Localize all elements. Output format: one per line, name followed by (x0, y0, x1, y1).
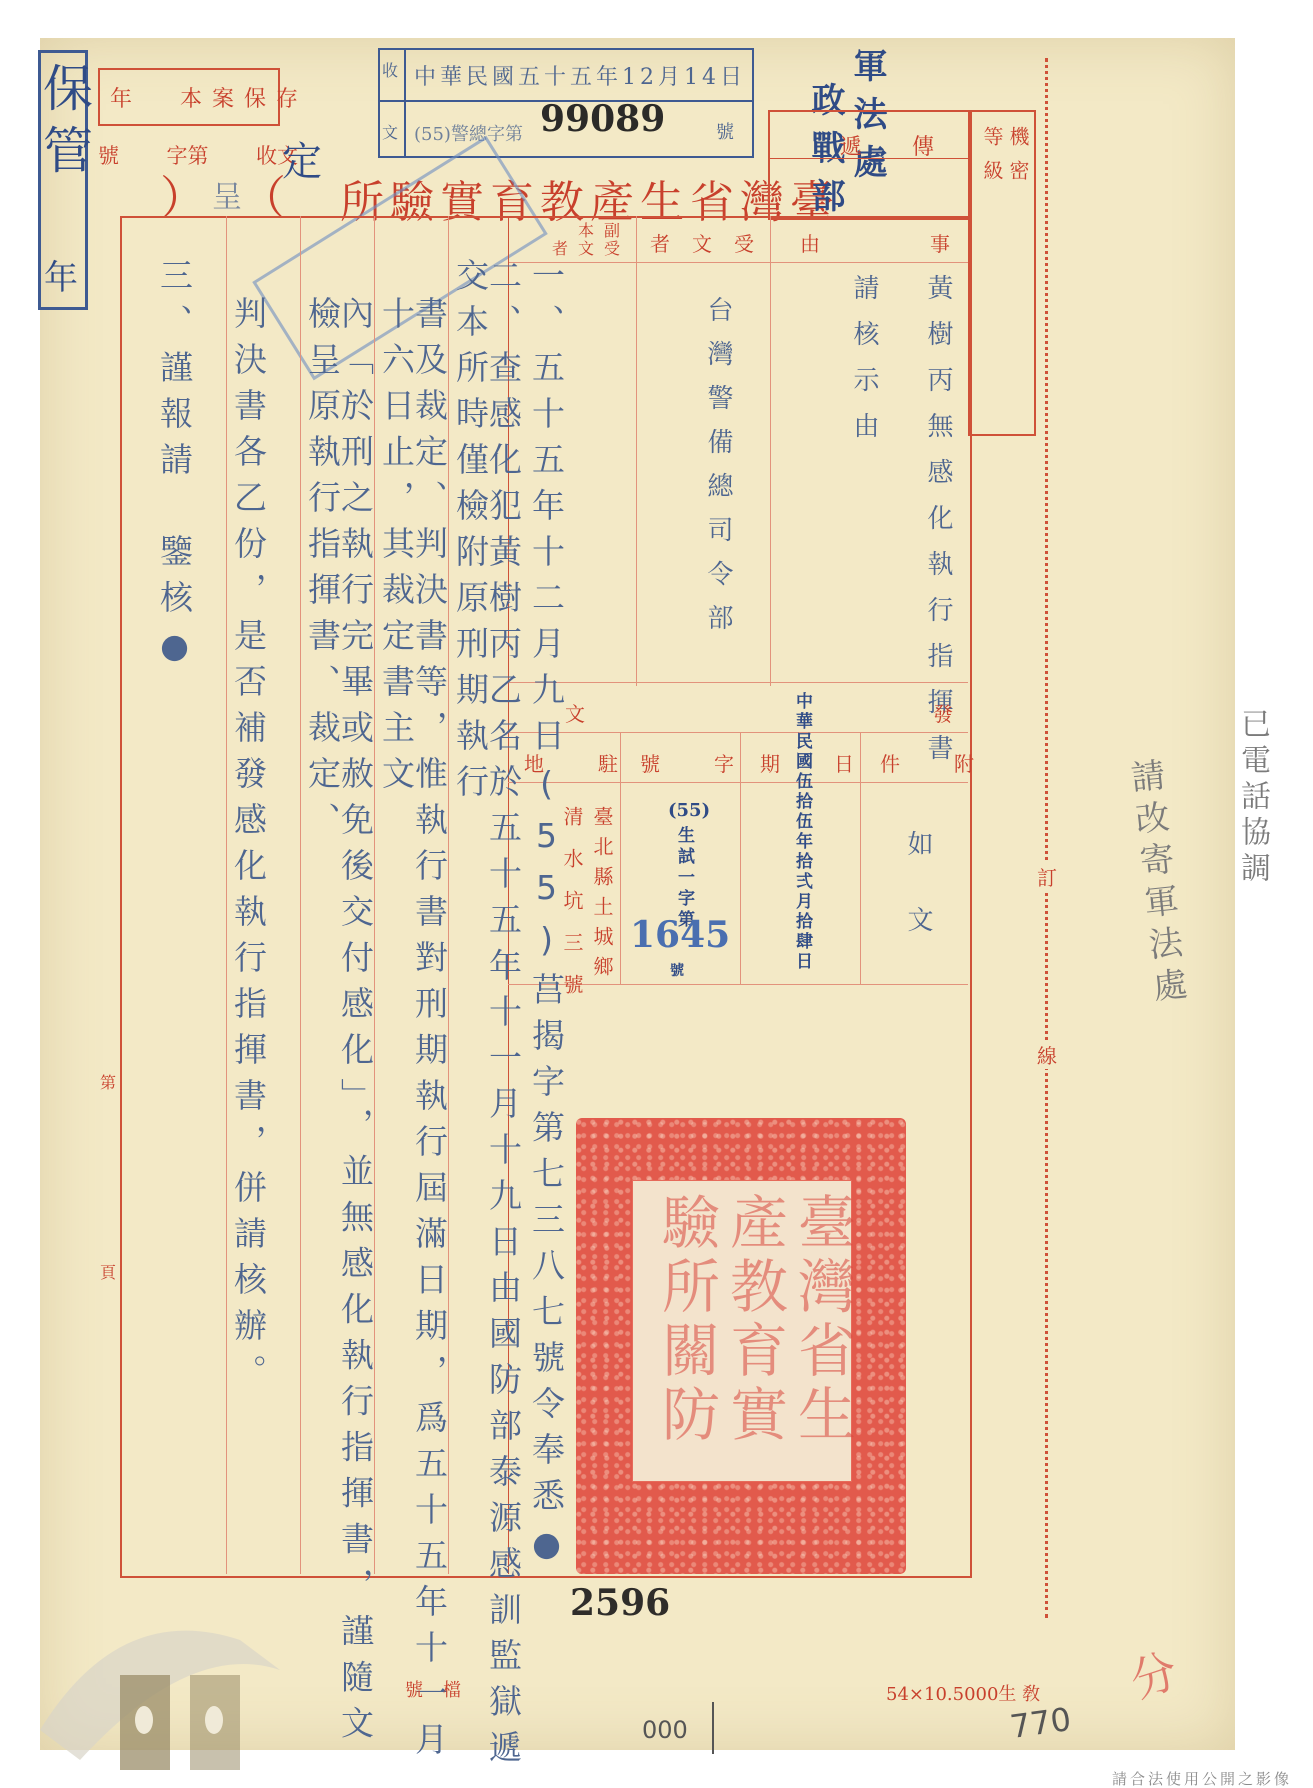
stamp-ding: 定 (282, 130, 322, 187)
cc-label: 副本 受文者 (530, 222, 630, 258)
file-number-stamp: 2596 (570, 1582, 670, 1624)
attachment-label: 附件 (880, 748, 1028, 777)
dispatch-label-right: 發 (933, 698, 953, 727)
binding-label-top: 訂 (1037, 862, 1057, 891)
date-value: 中華民國伍拾伍年拾弍月拾肆日 (790, 692, 815, 972)
body-rule (300, 216, 301, 1574)
subject-label-char: 由 (800, 228, 820, 257)
number-value-top: (55) (668, 800, 710, 821)
recipient-label: 受文者 (650, 228, 776, 257)
page-label-top: 第 (100, 1070, 116, 1093)
form-header-divider (508, 262, 968, 263)
pencil-stroke (712, 1702, 714, 1754)
handwritten-number-1: 000 (642, 1716, 688, 1744)
seal-column: 驗所關防 (644, 1192, 728, 1448)
body-rule (226, 216, 227, 1574)
dispatch-divider-mid (508, 732, 968, 733)
form-col-divider (636, 216, 637, 686)
recipient-value: 台灣警備總司令部 (700, 296, 737, 648)
doc-type: 呈 (212, 172, 242, 216)
transmit-label: 傳遞 (840, 130, 984, 161)
subject-label-char: 事 (930, 228, 950, 257)
print-spec: 54×10.5000生 敎 (886, 1680, 1040, 1706)
subject-label: 由事 (800, 228, 950, 257)
cc-label-top: 副本 (530, 222, 630, 240)
library-watermark-icon (40, 1580, 300, 1780)
secrecy-label-2: 等級 (978, 126, 1007, 194)
attachment-value: 如文 (900, 830, 937, 982)
number-value: 1645 (630, 914, 730, 956)
stamp-number: 99089 (540, 98, 665, 140)
stamp-side-bottom: 文 (382, 120, 398, 143)
cc-label-bottom: 受文者 (530, 240, 630, 258)
stamp-side-top: 收 (382, 58, 398, 81)
stamp-number-prefix: (55)警總字第 (414, 120, 523, 146)
preservation-label: 本案保存 (180, 82, 308, 113)
page-label-bottom: 頁 (100, 1260, 116, 1283)
handwritten-note-1: 已電話協調 (1230, 708, 1274, 888)
form-col-divider (770, 216, 771, 686)
dispatch-divider-top (508, 682, 968, 683)
body-paragraph-2-line-2: 書及裁定、判決書等，惟執行書對刑期執行屆滿日期，爲五十五年十一月十六日止，其裁定… (380, 296, 446, 1788)
body-paragraph-2-line-1: 二、查感化犯黃樹丙乙名於五十五年十一月十九日由國防部泰源感訓監獄遞交本所時僅檢附… (454, 258, 520, 1788)
binding-label-bottom: 線 (1037, 1040, 1057, 1069)
dispatch-divider-bottom (508, 782, 968, 783)
subject-action: 請核示由 (846, 274, 883, 458)
receipt-label-part: 號 (98, 140, 119, 170)
usage-notice: 請合法使用公開之影像 (1112, 1768, 1292, 1788)
body-paragraph-2-line-3: 內「於刑之執行完畢或赦免後交付感化」，並無感化執行指揮書，謹隨文檢呈原執行指揮書… (306, 296, 372, 1788)
file-number-label: 檔號 (405, 1676, 481, 1702)
body-paragraph-1: 一、五十五年十二月九日(55)莒揭字第七三八七號令奉悉● (530, 258, 563, 1576)
number-value-suffix: 號 (670, 960, 684, 980)
dispatch-label-left: 文 (565, 698, 585, 727)
stamp-date: 中華民國五十五年12月14日 (414, 60, 746, 91)
binding-line (1045, 58, 1048, 1618)
location-value-1: 臺北縣土城鄉 (588, 806, 617, 986)
secrecy-label-1: 機密 (1004, 126, 1033, 194)
stamp-divider (404, 48, 406, 156)
body-paragraph-2-line-4: 判決書各乙份，是否補發感化執行指揮書，併請核辦。 (232, 296, 265, 1400)
transmit-box (768, 110, 972, 220)
archive-tab-label: 保管 (40, 62, 88, 186)
preservation-year-label: 年 (110, 82, 132, 113)
archive-tab-year: 年 (44, 250, 78, 299)
stamp-number-suffix: 號 (716, 118, 734, 144)
body-paragraph-3: 三、謹報請 鑒核● (158, 258, 191, 678)
